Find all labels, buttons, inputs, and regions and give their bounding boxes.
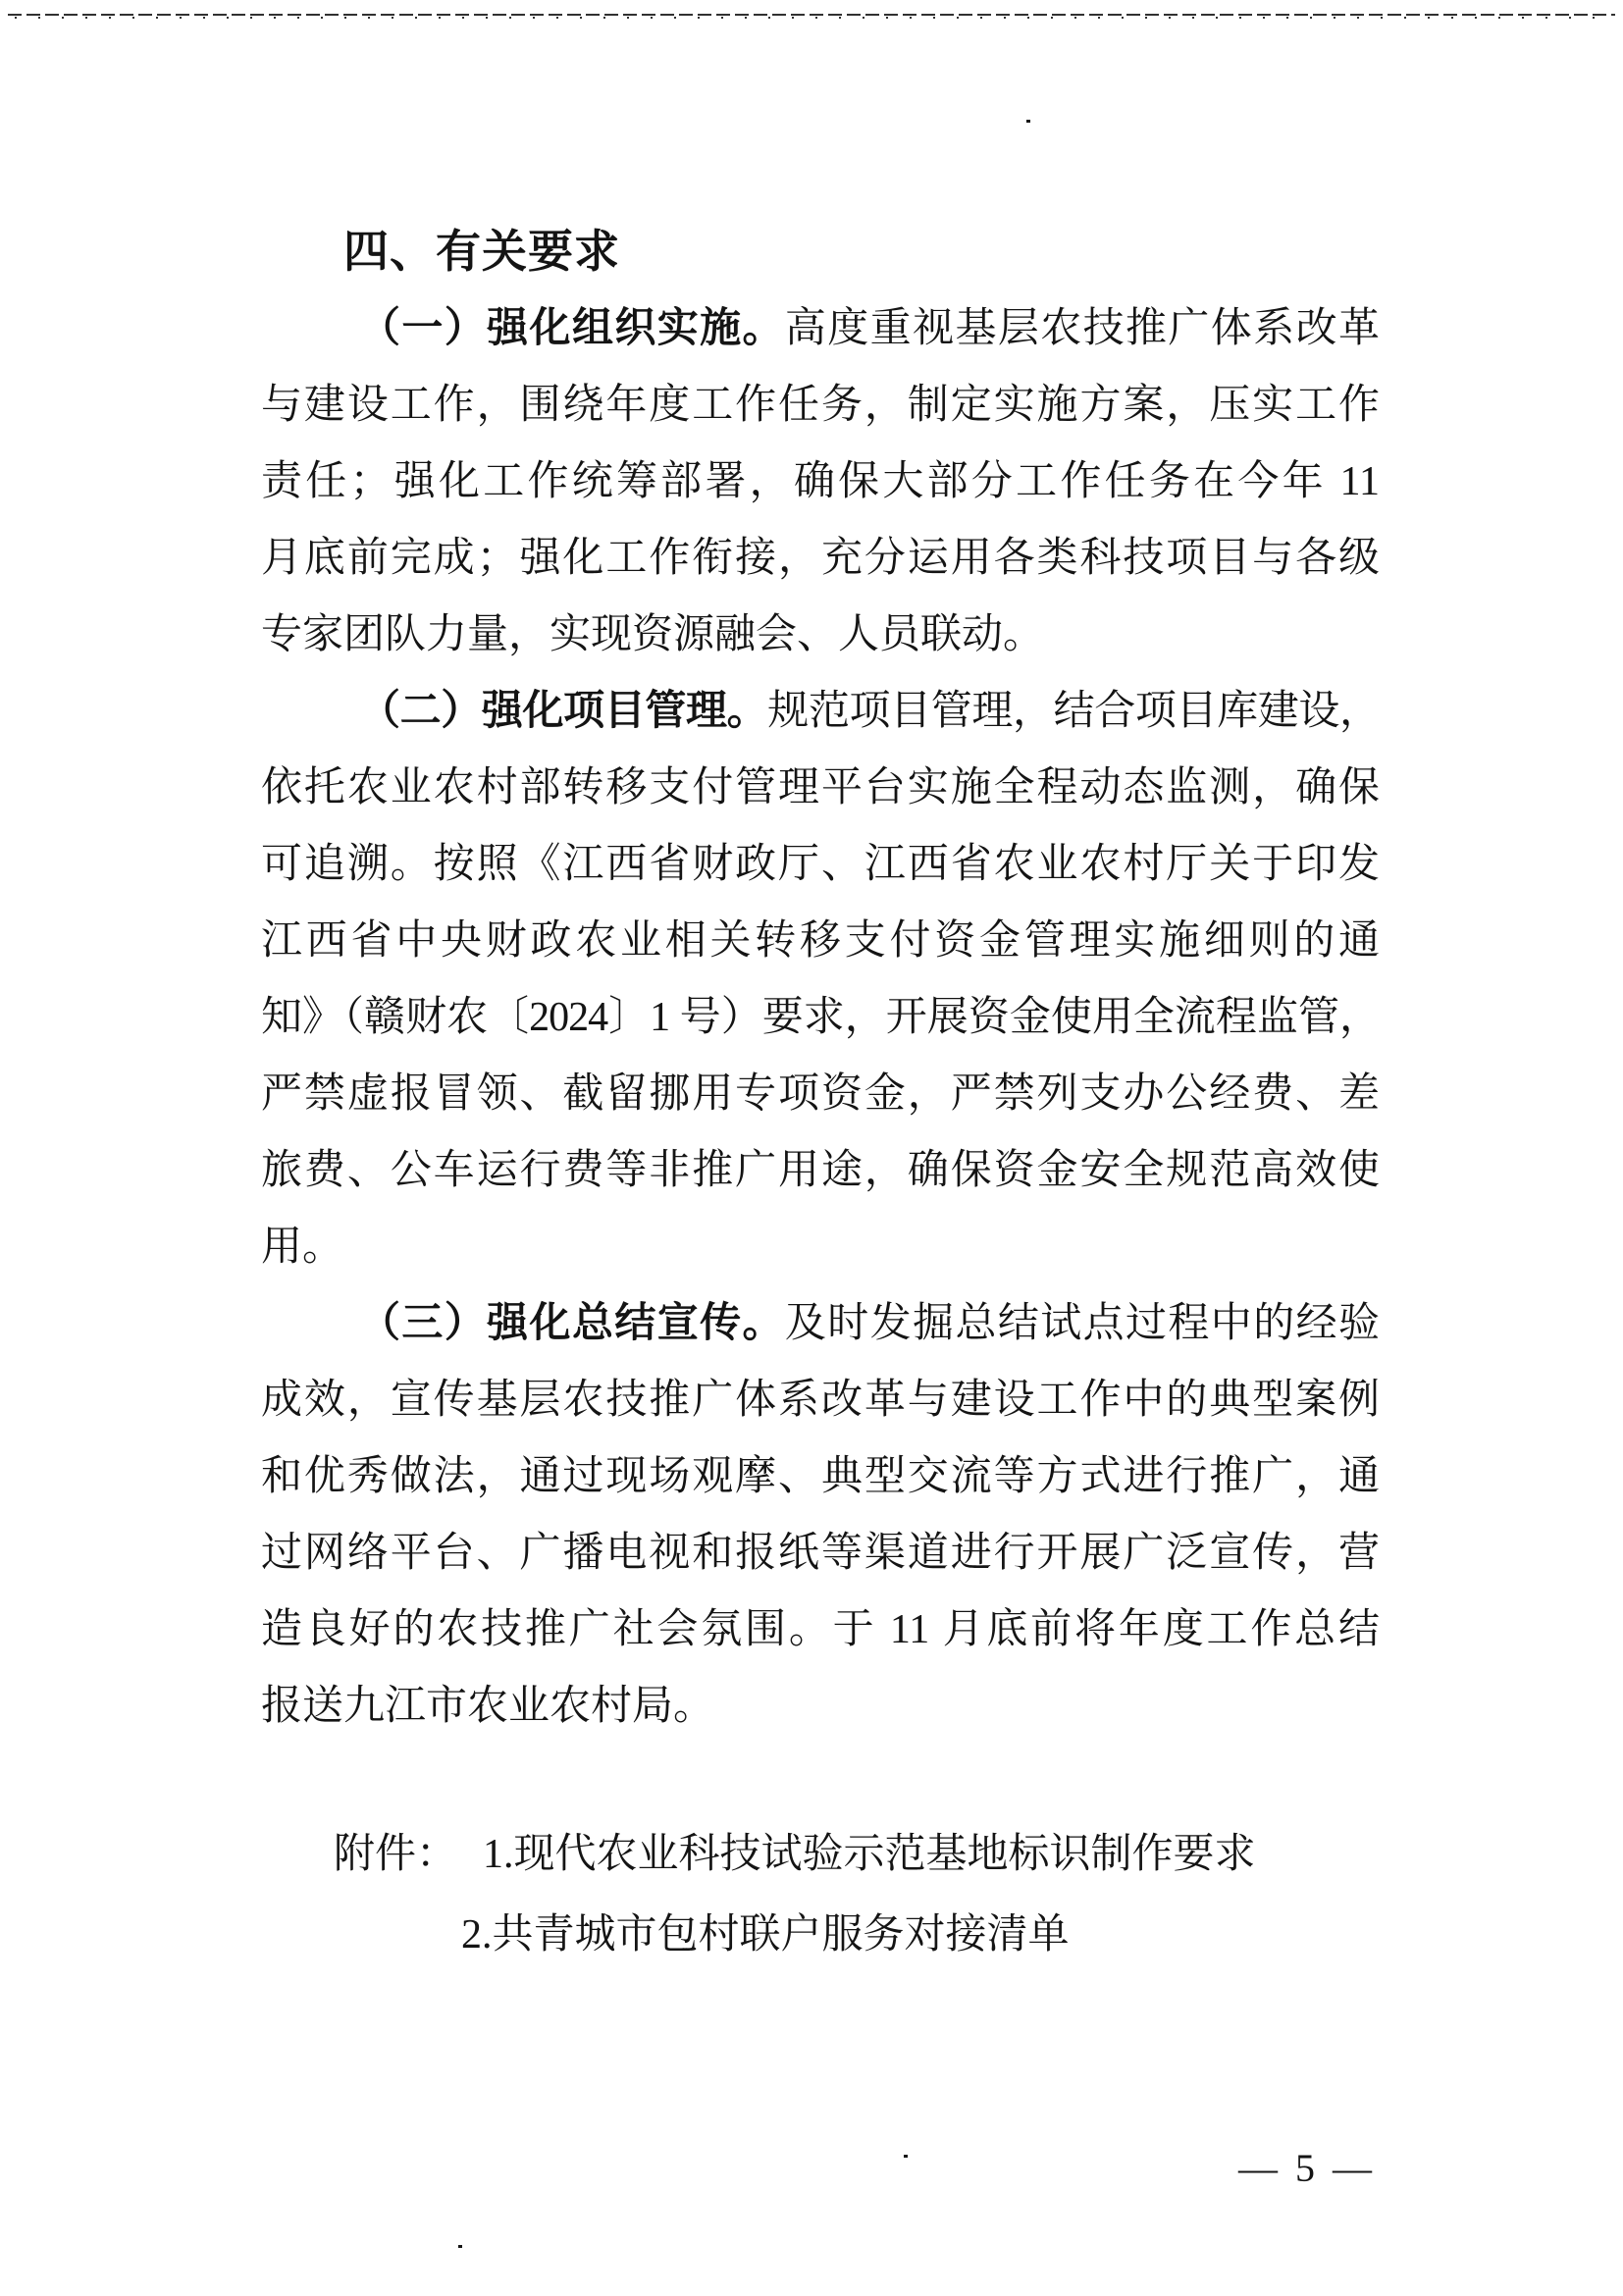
- document-line: 旅费、公车运行费等非推广用途，确保资金安全规范高效使: [261, 1132, 1380, 1209]
- paragraph-lead: （二）强化项目管理。: [359, 689, 767, 734]
- document-line: 责任；强化工作统筹部署，确保大部分工作任务在今年 11: [261, 444, 1380, 520]
- document-body: （一）强化组织实施。高度重视基层农技推广体系改革 与建设工作，围绕年度工作任务，…: [261, 290, 1380, 1745]
- document-line: （一）强化组织实施。高度重视基层农技推广体系改革: [261, 290, 1380, 367]
- section-heading: 四、有关要求: [343, 214, 620, 290]
- document-line: 报送九江市农业农村局。: [261, 1668, 1380, 1745]
- document-line: 严禁虚报冒领、截留挪用专项资金，严禁列支办公经费、差: [261, 1056, 1380, 1132]
- paragraph-lead: （三）强化总结宣传。: [359, 1301, 785, 1346]
- attachment-line: 2.共青城市包村联户服务对接清单: [461, 1897, 1070, 1973]
- document-line: 依托农业农村部转移支付管理平台实施全程动态监测，确保: [261, 750, 1380, 826]
- scan-speck: [904, 2155, 908, 2158]
- line-text: 及时发掘总结试点过程中的经验: [785, 1301, 1380, 1346]
- scan-speck: [458, 2245, 462, 2248]
- attachment-item: 2.共青城市包村联户服务对接清单: [461, 1912, 1070, 1957]
- attachment-line: 附件：1.现代农业科技试验示范基地标识制作要求: [334, 1816, 1256, 1893]
- document-line: 和优秀做法，通过现场观摩、典型交流等方式进行推广，通: [261, 1438, 1380, 1515]
- document-line: 专家团队力量，实现资源融会、人员联动。: [261, 597, 1380, 673]
- attachment-label: 附件：: [334, 1832, 457, 1877]
- line-text: 规范项目管理，结合项目库建设，: [767, 689, 1380, 734]
- scanned-document-page: 四、有关要求 （一）强化组织实施。高度重视基层农技推广体系改革 与建设工作，围绕…: [0, 0, 1623, 2296]
- document-line: 与建设工作，围绕年度工作任务，制定实施方案，压实工作: [261, 367, 1380, 444]
- paragraph-lead: （一）强化组织实施。: [359, 306, 785, 351]
- document-line: 造良好的农技推广社会氛围。于 11 月底前将年度工作总结: [261, 1592, 1380, 1668]
- document-line: 可追溯。按照《江西省财政厅、江西省农业农村厅关于印发: [261, 826, 1380, 903]
- document-line: 知》（赣财农〔2024〕1 号）要求，开展资金使用全流程监管，: [261, 979, 1380, 1056]
- document-line: （三）强化总结宣传。及时发掘总结试点过程中的经验: [261, 1285, 1380, 1362]
- document-line: （二）强化项目管理。规范项目管理，结合项目库建设，: [261, 673, 1380, 750]
- document-line: 过网络平台、广播电视和报纸等渠道进行开展广泛宣传，营: [261, 1515, 1380, 1592]
- scanner-edge-artifact: [8, 13, 1615, 19]
- document-line: 成效，宣传基层农技推广体系改革与建设工作中的典型案例: [261, 1362, 1380, 1438]
- document-line: 江西省中央财政农业相关转移支付资金管理实施细则的通: [261, 903, 1380, 979]
- document-line: 月底前完成；强化工作衔接，充分运用各类科技项目与各级: [261, 520, 1380, 597]
- line-text: 高度重视基层农技推广体系改革: [785, 306, 1380, 351]
- attachment-item: 1.现代农业科技试验示范基地标识制作要求: [483, 1832, 1256, 1877]
- page-number: — 5 —: [1238, 2139, 1376, 2198]
- document-line: 用。: [261, 1209, 1380, 1285]
- scan-speck: [1026, 120, 1030, 123]
